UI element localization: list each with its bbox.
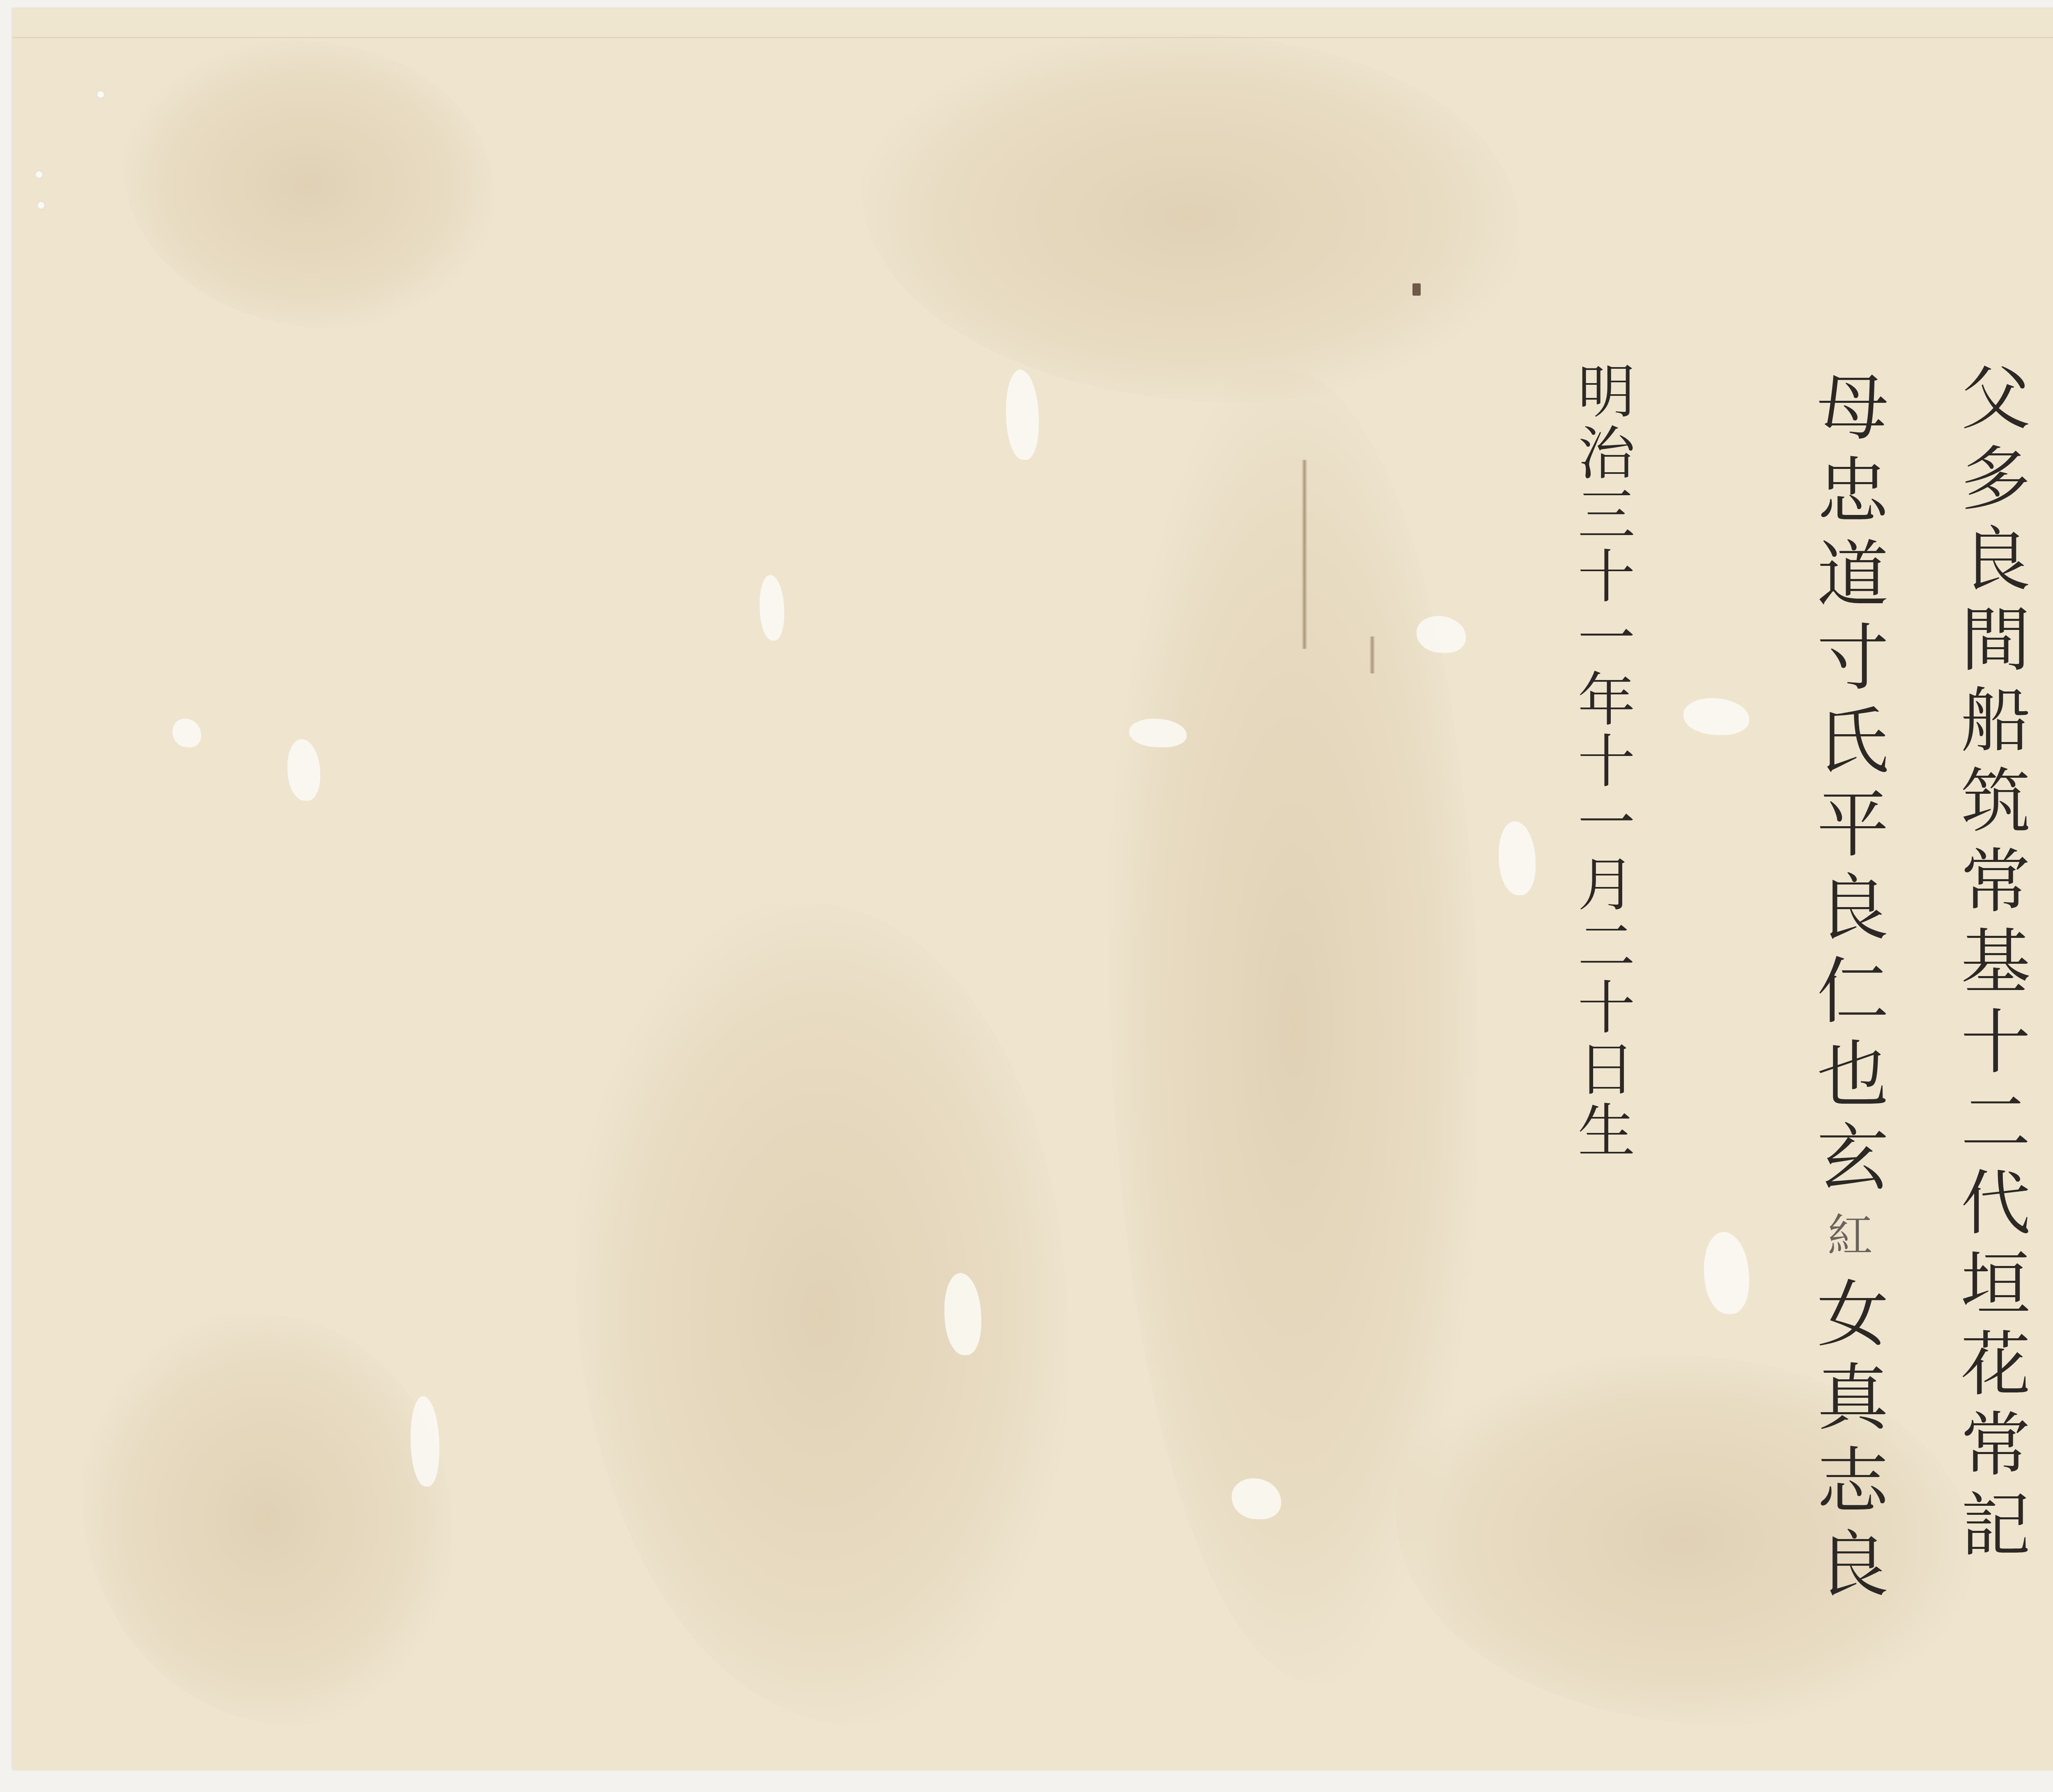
entry-mother: 母忠道寸氏平良仁也玄紅女真志良 — [1811, 370, 1883, 1610]
entry-mother-tail: 女真志良 — [1805, 1276, 1888, 1610]
top-fold — [12, 8, 2053, 38]
entry-birth-date: 明治三十一年十一月二十日生 — [1573, 361, 1630, 1162]
fold-crease — [1369, 636, 1375, 673]
entry-mother-annotation: 紅 — [1820, 1203, 1873, 1276]
ink-dot — [1412, 283, 1421, 296]
entry-father: 父多良間船筑常基十二代垣花常記 — [1954, 361, 2024, 1569]
entry-mother-main: 母忠道寸氏平良仁也玄 — [1805, 370, 1888, 1203]
binding-hole — [37, 201, 45, 209]
binding-hole — [35, 170, 43, 179]
binding-hole — [96, 90, 105, 99]
fold-crease — [1302, 460, 1307, 649]
